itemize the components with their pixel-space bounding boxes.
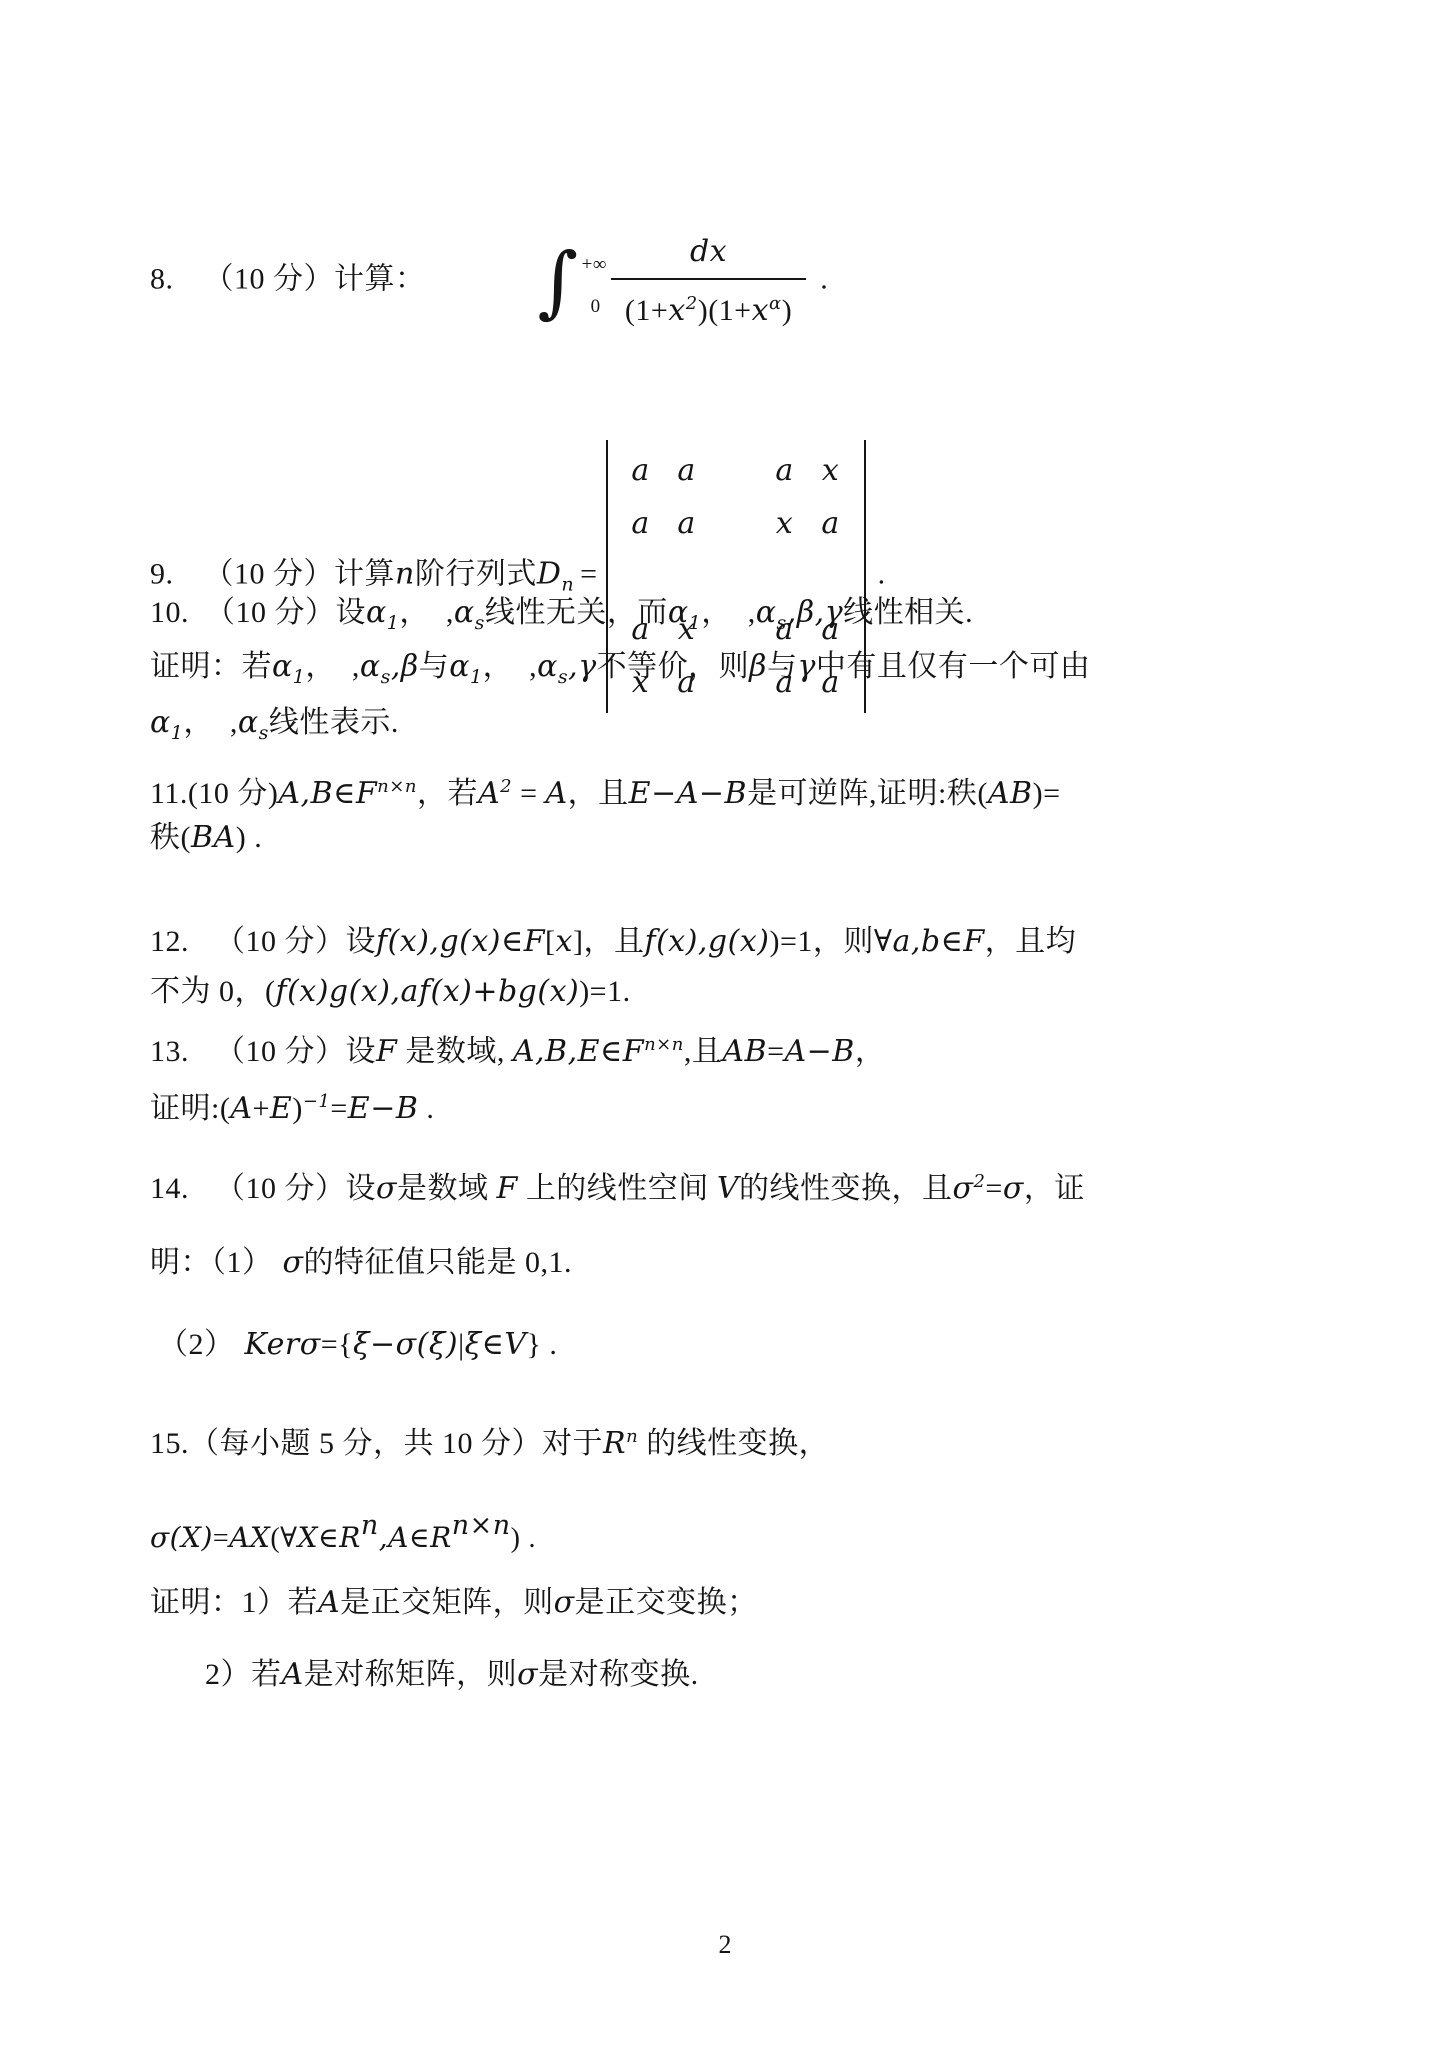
text-run: 上的线性空间	[518, 1172, 717, 1205]
math-run: Kerσ	[245, 1327, 321, 1362]
determinant-cell: a	[664, 503, 710, 545]
integral-limits: +∞0	[579, 244, 607, 320]
subscript: 1	[387, 612, 400, 634]
problem-10-line3: α1，,αs线性表示.	[150, 702, 399, 754]
superscript: n×n	[644, 1034, 684, 1055]
text-run: ，	[183, 706, 214, 739]
math-run: ξ	[465, 1327, 482, 1362]
text-run: 证明：若	[150, 650, 272, 683]
problem-10-line2: 证明：若α1，,αs,β与α1，,αs,γ不等价，则β与γ中有且仅有一个可由	[150, 646, 1090, 698]
math-run: A	[282, 1657, 304, 1692]
math-run: ,β	[391, 649, 419, 684]
text-run: 线性表示.	[269, 706, 399, 739]
text-run: 15.（每小题 5 分，共 10 分）对于	[150, 1427, 603, 1460]
problem-15-line4: 2）若A是对称矩阵，则σ是对称变换.	[205, 1654, 699, 1696]
text-run: 不为 0，(	[150, 975, 276, 1008]
math-run: A,B	[278, 776, 333, 811]
text-run: 的线性变换，	[638, 1427, 829, 1460]
math-run: σ	[376, 1171, 397, 1206]
text-run: 10.	[150, 596, 189, 629]
math-run: R	[339, 1521, 361, 1554]
text-run: 的特征值只能是 0,1.	[303, 1246, 572, 1279]
subscript: 1	[470, 666, 483, 688]
math-run: a,b	[893, 924, 941, 959]
text-run: 证明:(	[150, 1092, 230, 1125]
integral-sign: ∫	[538, 243, 579, 321]
text-run: 秩(	[150, 821, 191, 854]
math-run: AX	[229, 1521, 270, 1554]
text-run: ) .	[236, 821, 263, 854]
text-run: ，	[305, 650, 336, 683]
text-run: （10 分）设	[215, 1035, 376, 1068]
math-run: σ(X)	[150, 1521, 213, 1554]
math-run: A	[478, 776, 500, 811]
text-run: ，	[855, 1035, 886, 1068]
text-run: ，	[483, 650, 514, 683]
superscript: 2	[973, 1171, 985, 1192]
text-run: (∀	[270, 1523, 297, 1554]
determinant-cell: a	[664, 450, 710, 492]
math-run: σ	[517, 1657, 538, 1692]
text-run: 是对称矩阵，则	[304, 1658, 518, 1691]
text-run: )	[292, 1092, 303, 1125]
text-run: 的线性变换，且	[739, 1172, 953, 1205]
problem-14-line1: 14.（10 分）设σ是数域 F 上的线性空间 V的线性变换，且σ2=σ，证	[150, 1161, 1085, 1210]
subscript: s	[558, 666, 568, 688]
math-run: F	[376, 1034, 397, 1069]
text-run: ,且	[684, 1035, 723, 1068]
text-run: （10 分）计算：	[204, 262, 426, 295]
problem-13-line2: 证明:(A+E)−1=E−B .	[150, 1081, 434, 1130]
problem-11-line1: 11.(10 分)A,B∈Fn×n，若A2 = A，且E−A−B是可逆阵,证明:…	[150, 766, 1061, 815]
superscript: n×n	[377, 776, 417, 797]
math-run: F	[623, 1034, 644, 1069]
determinant-row: aaax	[618, 444, 854, 497]
math-run: x	[752, 293, 769, 328]
math-run: β	[749, 649, 767, 684]
problem-15-line3: 证明：1）若A是正交矩阵，则σ是正交变换；	[150, 1582, 758, 1624]
math-run: dx	[690, 234, 727, 269]
math-run: x	[556, 924, 573, 959]
text-run: =	[213, 1523, 229, 1554]
determinant-cell: a	[618, 450, 664, 492]
math-run: n	[395, 556, 415, 591]
math-run: BA	[191, 820, 236, 855]
math-run: α	[360, 649, 381, 684]
fraction-numerator: dx	[611, 231, 806, 278]
text-run: 是正交矩阵，则	[340, 1586, 554, 1619]
text-run: 与	[419, 650, 450, 683]
page-number: 2	[0, 1930, 1450, 1960]
math-run: E−A−B	[629, 776, 747, 811]
problem-10-line1: 10.（10 分）设α1，,αs线性无关，而α1，,αs,β,γ线性相关.	[150, 592, 973, 644]
text-run: ,	[529, 650, 537, 683]
text-run: [	[545, 925, 556, 958]
text-run: 2）若	[205, 1658, 282, 1691]
problem-12-line1: 12.（10 分）设f(x),g(x)∈F[x]，且f(x),g(x))=1，则…	[150, 921, 1076, 963]
text-run: ]，且	[573, 925, 645, 958]
text-run: .	[528, 1523, 536, 1554]
subscript: 1	[293, 666, 306, 688]
text-run: )=1，则	[769, 925, 873, 958]
subscript: 1	[171, 722, 184, 744]
math-run: R	[603, 1426, 626, 1461]
math-run: V	[504, 1327, 526, 1362]
text-run: (1+	[625, 294, 668, 327]
math-run: γ	[797, 649, 815, 684]
text-run: )(1+	[698, 294, 752, 327]
exam-document-page: 8.（10 分）计算：∫+∞0dx(1+x2)(1+xα). 9.（10 分）计…	[0, 0, 1450, 2048]
math-run: X	[298, 1521, 318, 1554]
text-run: ∈	[333, 777, 356, 810]
text-run: ,	[446, 596, 454, 629]
problem-14-line3: （2）Kerσ={ξ−σ(ξ)|ξ∈V} .	[158, 1324, 557, 1366]
text-run: 12.	[150, 925, 189, 958]
text-run: )	[782, 294, 793, 327]
integral: ∫+∞0	[538, 234, 607, 330]
text-run: ,	[748, 596, 756, 629]
math-run: AB	[988, 776, 1033, 811]
math-run: ,A	[379, 1521, 409, 1554]
superscript: α	[769, 293, 782, 314]
text-run: ∈	[600, 1035, 623, 1068]
text-run: ∈	[409, 1523, 430, 1554]
superscript: n×n	[452, 1510, 511, 1541]
math-run: A	[318, 1585, 340, 1620]
text-run: ={	[321, 1328, 353, 1361]
math-run: D	[537, 556, 562, 591]
subscript: s	[777, 612, 787, 634]
integral-lower-limit: 0	[582, 286, 607, 328]
text-run: ,	[352, 650, 360, 683]
determinant-cell: x	[808, 450, 854, 492]
math-run: A−B	[784, 1034, 854, 1069]
text-run: 是对称变换.	[538, 1658, 699, 1691]
text-run: （10 分）设	[215, 925, 376, 958]
math-run: AB	[722, 1034, 767, 1069]
math-run: A	[230, 1091, 252, 1126]
text-run: 明：（1）	[150, 1246, 273, 1279]
superscript: n	[626, 1426, 638, 1447]
math-run: σ	[554, 1585, 575, 1620]
math-run: f(x),g(x)	[376, 924, 501, 959]
math-run: α	[537, 649, 558, 684]
math-run: α	[238, 705, 259, 740]
text-run: ∈	[482, 1328, 505, 1361]
text-run: 14.	[150, 1172, 189, 1205]
text-run: 9.	[150, 557, 174, 590]
text-run: } .	[527, 1328, 558, 1361]
text-run: ，且	[568, 777, 629, 810]
math-run: f(x),g(x)	[644, 924, 769, 959]
text-run: .	[820, 262, 828, 295]
math-run: A	[546, 776, 568, 811]
text-run: ∈	[501, 925, 524, 958]
math-run: F	[524, 924, 545, 959]
text-run: 不等价，则	[597, 650, 750, 683]
problem-14-line2: 明：（1）σ的特征值只能是 0,1.	[150, 1242, 572, 1284]
problem-15-line1: 15.（每小题 5 分，共 10 分）对于Rn 的线性变换，	[150, 1416, 829, 1465]
determinant-cell: a	[762, 450, 808, 492]
math-run: F	[496, 1171, 517, 1206]
subscript: 1	[689, 612, 702, 634]
math-run: α	[454, 595, 475, 630]
math-run: σ	[952, 1171, 973, 1206]
math-run: σ	[283, 1245, 304, 1280]
math-run: α	[449, 649, 470, 684]
determinant-cell: a	[808, 503, 854, 545]
text-run: +	[253, 1092, 270, 1125]
text-run: =	[767, 1035, 784, 1068]
text-run: )	[511, 1523, 521, 1554]
text-run: =	[580, 557, 597, 590]
text-run: ，	[701, 596, 732, 629]
problem-15-formula: σ(X)=AX(∀X∈Rn,A∈Rn×n).	[150, 1505, 536, 1560]
math-run: α	[366, 595, 387, 630]
text-run: ，若	[417, 777, 478, 810]
superscript: −1	[303, 1091, 331, 1112]
text-run: =	[330, 1092, 347, 1125]
text-run: 8.	[150, 262, 174, 295]
text-run: )=1.	[579, 975, 630, 1008]
text-run: ，	[399, 596, 430, 629]
problem-13-line1: 13.（10 分）设F 是数域, A,B,E∈Fn×n,且AB=A−B，	[150, 1024, 885, 1073]
text-run: 是可逆阵,证明:秩(	[747, 777, 988, 810]
text-run: （10 分）设	[215, 1172, 376, 1205]
text-run: （10 分）设	[205, 596, 366, 629]
math-run: E	[270, 1091, 292, 1126]
math-run: A,B,E	[513, 1034, 600, 1069]
math-run: F	[963, 924, 984, 959]
text-run: ,	[230, 706, 238, 739]
determinant-row: aaxa	[618, 497, 854, 550]
subscript: s	[381, 666, 391, 688]
text-run: .	[418, 1092, 434, 1125]
math-run: α	[272, 649, 293, 684]
text-run: =	[985, 1172, 1002, 1205]
problem-11-line2: 秩(BA) .	[150, 817, 262, 859]
text-run: )=	[1033, 777, 1061, 810]
math-run: ξ−σ(ξ)	[353, 1327, 458, 1362]
math-run: α	[756, 595, 777, 630]
text-run: ，证	[1024, 1172, 1085, 1205]
text-run: 线性无关，而	[485, 596, 668, 629]
fraction-denominator: (1+x2)(1+xα)	[611, 278, 806, 332]
text-run: ∀	[874, 925, 893, 958]
text-run: 线性相关.	[843, 596, 973, 629]
math-run: σ	[1003, 1171, 1024, 1206]
text-run: 是数域,	[397, 1035, 513, 1068]
fraction: dx(1+x2)(1+xα)	[611, 231, 806, 332]
superscript: 2	[686, 293, 698, 314]
determinant-cell: x	[762, 503, 808, 545]
text-run: ∈	[318, 1523, 339, 1554]
text-run: 13.	[150, 1035, 189, 1068]
text-run: 与	[767, 650, 798, 683]
problem-8: 8.（10 分）计算：∫+∞0dx(1+x2)(1+xα).	[150, 231, 828, 332]
integral-upper-limit: +∞	[582, 244, 607, 286]
text-run: （2）	[158, 1328, 235, 1361]
subscript: s	[259, 722, 269, 744]
text-run: ，且均	[985, 925, 1077, 958]
math-run: ,β,γ	[787, 595, 843, 630]
math-run: E−B	[348, 1091, 419, 1126]
text-run: 11.(10 分)	[150, 777, 278, 810]
math-run: F	[356, 776, 377, 811]
text-run: 是数域	[397, 1172, 497, 1205]
problem-12-line2: 不为 0，(f(x)g(x),af(x)+bg(x))=1.	[150, 971, 631, 1013]
text-run: 是正交变换；	[575, 1586, 758, 1619]
text-run: =	[512, 777, 545, 810]
math-run: α	[150, 705, 171, 740]
text-run: .	[878, 557, 886, 590]
determinant-cell: a	[618, 503, 664, 545]
math-run: α	[668, 595, 689, 630]
text-run: 阶行列式	[415, 557, 537, 590]
math-run: R	[430, 1521, 452, 1554]
superscript: n	[361, 1510, 379, 1541]
math-run: x	[668, 293, 685, 328]
subscript: s	[475, 612, 485, 634]
text-run: 中有且仅有一个可由	[816, 650, 1091, 683]
superscript: 2	[500, 776, 512, 797]
text-run: （10 分）计算	[204, 557, 396, 590]
math-run: f(x)g(x),af(x)+bg(x)	[276, 974, 580, 1009]
math-run: V	[717, 1171, 739, 1206]
math-run: ,γ	[568, 649, 596, 684]
text-run: 证明：1）若	[150, 1586, 318, 1619]
text-run: ∈	[941, 925, 964, 958]
